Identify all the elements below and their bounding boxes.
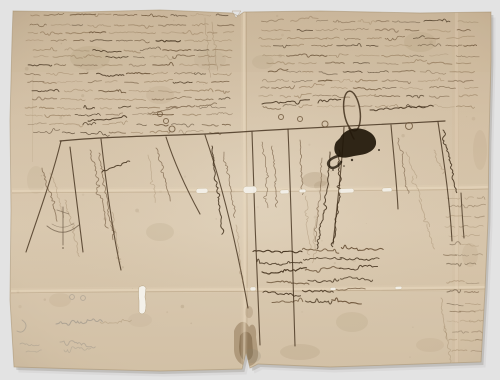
manuscript-photo: Photograph of an aged folded manuscript … (0, 0, 500, 380)
manuscript-image (0, 0, 500, 380)
